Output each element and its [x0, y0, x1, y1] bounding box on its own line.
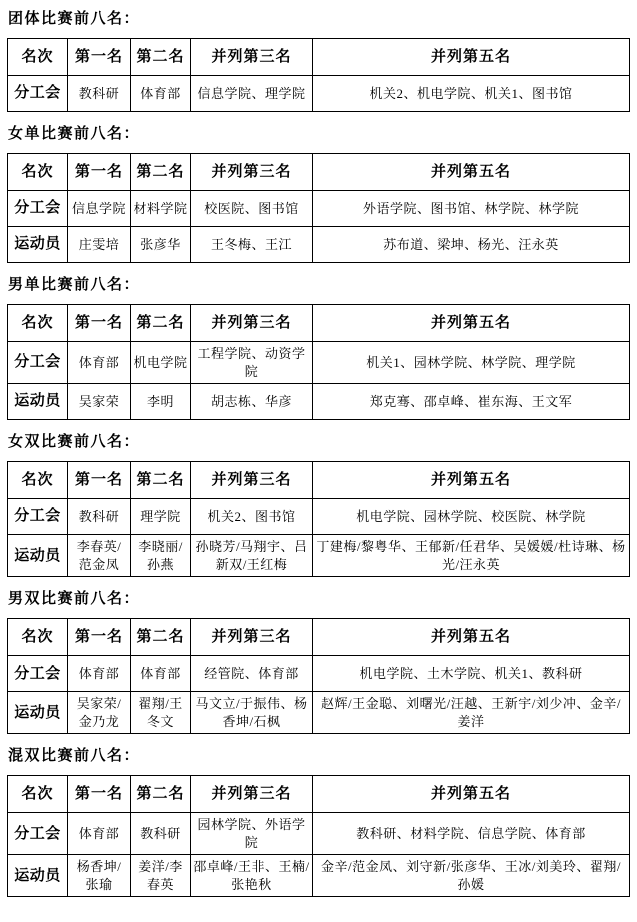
result-cell: 教科研	[131, 813, 191, 855]
column-header: 名次	[8, 619, 68, 656]
results-table: 名次第一名第二名并列第三名并列第五名分工会体育部机电学院工程学院、动资学院机关1…	[7, 304, 630, 420]
results-table: 名次第一名第二名并列第三名并列第五名分工会教科研理学院机关2、图书馆机电学院、园…	[7, 461, 630, 577]
result-cell: 机电学院、土木学院、机关1、教科研	[313, 656, 630, 692]
column-header: 第二名	[131, 776, 191, 813]
result-cell: 王冬梅、王江	[191, 227, 313, 263]
row-label: 运动员	[8, 384, 68, 420]
column-header: 并列第五名	[313, 305, 630, 342]
result-cell: 体育部	[68, 656, 131, 692]
result-cell: 体育部	[131, 76, 191, 112]
column-header: 第一名	[68, 154, 131, 191]
result-cell: 李明	[131, 384, 191, 420]
column-header: 名次	[8, 776, 68, 813]
column-header: 第一名	[68, 462, 131, 499]
section-title: 男双比赛前八名：	[8, 590, 630, 608]
results-table: 名次第一名第二名并列第三名并列第五名分工会体育部体育部经管院、体育部机电学院、土…	[7, 618, 630, 734]
result-cell: 机关2、图书馆	[191, 499, 313, 535]
row-label: 分工会	[8, 76, 68, 112]
section-title: 女双比赛前八名：	[8, 433, 630, 451]
row-label: 运动员	[8, 227, 68, 263]
result-cell: 马文立/于振伟、杨香坤/石枫	[191, 692, 313, 734]
result-cell: 姜洋/李春英	[131, 855, 191, 897]
row-label: 分工会	[8, 499, 68, 535]
column-header: 名次	[8, 154, 68, 191]
column-header: 并列第三名	[191, 462, 313, 499]
column-header: 第二名	[131, 305, 191, 342]
table-row: 分工会教科研理学院机关2、图书馆机电学院、园林学院、校医院、林学院	[8, 499, 630, 535]
result-cell: 经管院、体育部	[191, 656, 313, 692]
section-title: 团体比赛前八名：	[8, 10, 630, 28]
result-cell: 吴家荣/金乃龙	[68, 692, 131, 734]
results-table: 名次第一名第二名并列第三名并列第五名分工会教科研体育部信息学院、理学院机关2、机…	[7, 38, 630, 112]
column-header: 并列第五名	[313, 619, 630, 656]
result-cell: 机关2、机电学院、机关1、图书馆	[313, 76, 630, 112]
result-cell: 机电学院	[131, 342, 191, 384]
result-cell: 工程学院、动资学院	[191, 342, 313, 384]
column-header: 并列第五名	[313, 154, 630, 191]
table-row: 运动员吴家荣李明胡志栋、华彦郑克骞、邵卓峰、崔东海、王文军	[8, 384, 630, 420]
result-cell: 信息学院、理学院	[191, 76, 313, 112]
row-label: 分工会	[8, 656, 68, 692]
result-cell: 信息学院	[68, 191, 131, 227]
result-cell: 体育部	[131, 656, 191, 692]
result-cell: 外语学院、图书馆、林学院、林学院	[313, 191, 630, 227]
section-title: 混双比赛前八名：	[8, 747, 630, 765]
document-page: 团体比赛前八名：名次第一名第二名并列第三名并列第五名分工会教科研体育部信息学院、…	[0, 0, 637, 922]
results-table: 名次第一名第二名并列第三名并列第五名分工会信息学院材料学院校医院、图书馆外语学院…	[7, 153, 630, 263]
result-cell: 杨香坤/张瑜	[68, 855, 131, 897]
column-header: 名次	[8, 39, 68, 76]
result-cell: 丁建梅/黎粤华、王郁新/任君华、吴媛媛/杜诗琳、杨光/汪永英	[313, 535, 630, 577]
row-label: 运动员	[8, 692, 68, 734]
results-table: 名次第一名第二名并列第三名并列第五名分工会体育部教科研园林学院、外语学院教科研、…	[7, 775, 630, 897]
row-label: 分工会	[8, 342, 68, 384]
result-cell: 孙晓芳/马翔宇、吕新双/王红梅	[191, 535, 313, 577]
result-cell: 校医院、图书馆	[191, 191, 313, 227]
result-cell: 教科研	[68, 76, 131, 112]
column-header: 并列第五名	[313, 39, 630, 76]
row-label: 运动员	[8, 855, 68, 897]
result-cell: 材料学院	[131, 191, 191, 227]
table-row: 分工会体育部体育部经管院、体育部机电学院、土木学院、机关1、教科研	[8, 656, 630, 692]
column-header: 并列第五名	[313, 462, 630, 499]
result-cell: 郑克骞、邵卓峰、崔东海、王文军	[313, 384, 630, 420]
column-header: 并列第三名	[191, 305, 313, 342]
column-header: 第二名	[131, 154, 191, 191]
result-cell: 体育部	[68, 813, 131, 855]
row-label: 运动员	[8, 535, 68, 577]
result-cell: 庄雯培	[68, 227, 131, 263]
result-cell: 机关1、园林学院、林学院、理学院	[313, 342, 630, 384]
column-header: 第一名	[68, 39, 131, 76]
section-title: 男单比赛前八名：	[8, 276, 630, 294]
result-cell: 理学院	[131, 499, 191, 535]
column-header: 并列第三名	[191, 154, 313, 191]
result-cell: 教科研	[68, 499, 131, 535]
column-header: 第二名	[131, 619, 191, 656]
column-header: 第一名	[68, 305, 131, 342]
result-cell: 园林学院、外语学院	[191, 813, 313, 855]
row-label: 分工会	[8, 813, 68, 855]
table-row: 分工会信息学院材料学院校医院、图书馆外语学院、图书馆、林学院、林学院	[8, 191, 630, 227]
result-cell: 张彦华	[131, 227, 191, 263]
result-cell: 苏布道、梁坤、杨光、汪永英	[313, 227, 630, 263]
header-row: 名次第一名第二名并列第三名并列第五名	[8, 39, 630, 76]
table-row: 运动员庄雯培张彦华王冬梅、王江苏布道、梁坤、杨光、汪永英	[8, 227, 630, 263]
table-row: 分工会体育部教科研园林学院、外语学院教科研、材料学院、信息学院、体育部	[8, 813, 630, 855]
table-row: 分工会教科研体育部信息学院、理学院机关2、机电学院、机关1、图书馆	[8, 76, 630, 112]
header-row: 名次第一名第二名并列第三名并列第五名	[8, 776, 630, 813]
header-row: 名次第一名第二名并列第三名并列第五名	[8, 154, 630, 191]
table-row: 运动员李春英/范金凤李晓丽/孙燕孙晓芳/马翔宇、吕新双/王红梅丁建梅/黎粤华、王…	[8, 535, 630, 577]
result-cell: 胡志栋、华彦	[191, 384, 313, 420]
column-header: 并列第三名	[191, 39, 313, 76]
result-cell: 邵卓峰/王非、王楠/张艳秋	[191, 855, 313, 897]
row-label: 分工会	[8, 191, 68, 227]
column-header: 第一名	[68, 776, 131, 813]
table-row: 运动员杨香坤/张瑜姜洋/李春英邵卓峰/王非、王楠/张艳秋金辛/范金凤、刘守新/张…	[8, 855, 630, 897]
result-cell: 李晓丽/孙燕	[131, 535, 191, 577]
header-row: 名次第一名第二名并列第三名并列第五名	[8, 619, 630, 656]
result-cell: 机电学院、园林学院、校医院、林学院	[313, 499, 630, 535]
column-header: 并列第五名	[313, 776, 630, 813]
column-header: 并列第三名	[191, 619, 313, 656]
column-header: 第二名	[131, 39, 191, 76]
column-header: 名次	[8, 462, 68, 499]
result-cell: 赵辉/王金聪、刘曙光/汪越、王新宇/刘少冲、金辛/姜洋	[313, 692, 630, 734]
column-header: 第一名	[68, 619, 131, 656]
result-cell: 金辛/范金凤、刘守新/张彦华、王冰/刘美玲、翟翔/孙媛	[313, 855, 630, 897]
result-cell: 李春英/范金凤	[68, 535, 131, 577]
result-cell: 翟翔/王冬文	[131, 692, 191, 734]
header-row: 名次第一名第二名并列第三名并列第五名	[8, 462, 630, 499]
section-title: 女单比赛前八名：	[8, 125, 630, 143]
column-header: 第二名	[131, 462, 191, 499]
result-cell: 体育部	[68, 342, 131, 384]
table-row: 分工会体育部机电学院工程学院、动资学院机关1、园林学院、林学院、理学院	[8, 342, 630, 384]
result-cell: 教科研、材料学院、信息学院、体育部	[313, 813, 630, 855]
column-header: 名次	[8, 305, 68, 342]
result-cell: 吴家荣	[68, 384, 131, 420]
column-header: 并列第三名	[191, 776, 313, 813]
header-row: 名次第一名第二名并列第三名并列第五名	[8, 305, 630, 342]
table-row: 运动员吴家荣/金乃龙翟翔/王冬文马文立/于振伟、杨香坤/石枫赵辉/王金聪、刘曙光…	[8, 692, 630, 734]
